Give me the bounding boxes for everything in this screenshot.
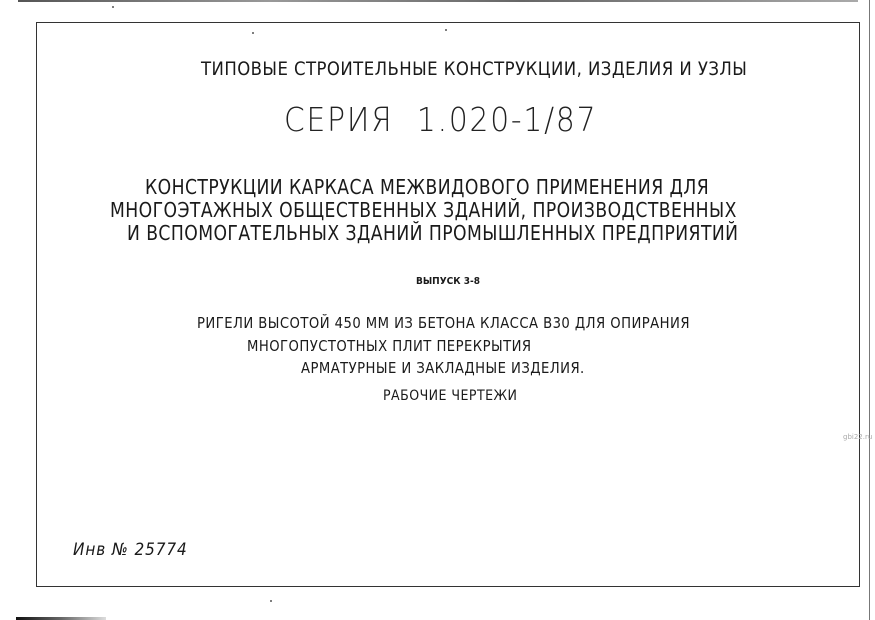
scan-speck <box>270 600 272 602</box>
subtitle-line-3: АРМАТУРНЫЕ И ЗАКЛАДНЫЕ ИЗДЕЛИЯ. <box>301 359 585 377</box>
title-line-1: КОНСТРУКЦИИ КАРКАСА МЕЖВИДОВОГО ПРИМЕНЕН… <box>145 175 709 199</box>
scan-edge-top <box>18 0 858 2</box>
series-title: СЕРИЯ1.020-1/87 <box>284 100 597 139</box>
issue-number: ВЫПУСК 3-8 <box>416 276 480 287</box>
scan-speck <box>445 29 447 31</box>
scan-edge-right <box>869 0 870 620</box>
subtitle-line-2: МНОГОПУСТОТНЫХ ПЛИТ ПЕРЕКРЫТИЯ <box>247 337 532 355</box>
subtitle-line-1: РИГЕЛИ ВЫСОТОЙ 450 ММ ИЗ БЕТОНА КЛАССА В… <box>197 314 690 332</box>
watermark: gbi22.ru <box>843 433 872 441</box>
document-header: ТИПОВЫЕ СТРОИТЕЛЬНЫЕ КОНСТРУКЦИИ, ИЗДЕЛИ… <box>201 58 747 80</box>
document-type: РАБОЧИЕ ЧЕРТЕЖИ <box>383 388 517 404</box>
title-line-2: МНОГОЭТАЖНЫХ ОБЩЕСТВЕННЫХ ЗДАНИЙ, ПРОИЗВ… <box>110 198 737 222</box>
inventory-number: 25774 <box>135 540 188 560</box>
title-line-3: И ВСПОМОГАТЕЛЬНЫХ ЗДАНИЙ ПРОМЫШЛЕННЫХ ПР… <box>127 221 738 245</box>
scan-speck <box>112 6 114 8</box>
series-label: СЕРИЯ <box>284 100 393 139</box>
inventory-stamp: Инв № 25774 <box>73 540 188 560</box>
series-number: 1.020-1/87 <box>417 100 597 139</box>
scan-speck <box>252 32 254 34</box>
inventory-label: Инв № <box>73 540 129 560</box>
